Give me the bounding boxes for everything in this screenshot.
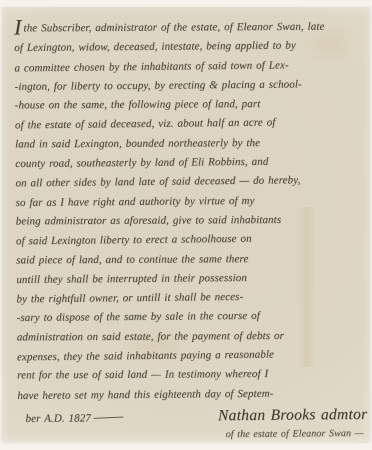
- signature-name: Nathan Brooks admtor: [218, 405, 368, 426]
- manuscript-line-12: of said Lexington liberty to erect a sch…: [16, 229, 366, 252]
- manuscript-text-block: Ithe Subscriber, administrator of the es…: [14, 14, 368, 447]
- manuscript-line-6: of the estate of said deceased, viz. abo…: [15, 113, 365, 136]
- manuscript-line-10: so far as I have right and authority by …: [16, 191, 366, 213]
- manuscript-line-13: said piece of land, and to continue the …: [16, 249, 366, 270]
- manuscript-line-15: by the rightfull owner, or untill it sha…: [16, 287, 366, 310]
- manuscript-line-1: Ithe Subscriber, administrator of the es…: [14, 14, 364, 38]
- manuscript-line-20: have hereto set my hand this eighteenth …: [17, 384, 367, 406]
- manuscript-line-19: rent for the use of said land — In testi…: [17, 365, 367, 386]
- manuscript-line-3: a committee chosen by the inhabitants of…: [14, 55, 364, 78]
- manuscript-line-16: -sary to dispose of the same by sale in …: [17, 306, 367, 328]
- manuscript-line-7: land in said Lexington, bounded northeas…: [15, 133, 365, 154]
- manuscript-line-1-text: the Subscriber, administrator of the est…: [24, 21, 325, 35]
- decorative-initial: I: [14, 14, 22, 39]
- manuscript-paper: Ithe Subscriber, administrator of the es…: [2, 7, 370, 441]
- date-text: ber A.D. 1827: [17, 409, 124, 429]
